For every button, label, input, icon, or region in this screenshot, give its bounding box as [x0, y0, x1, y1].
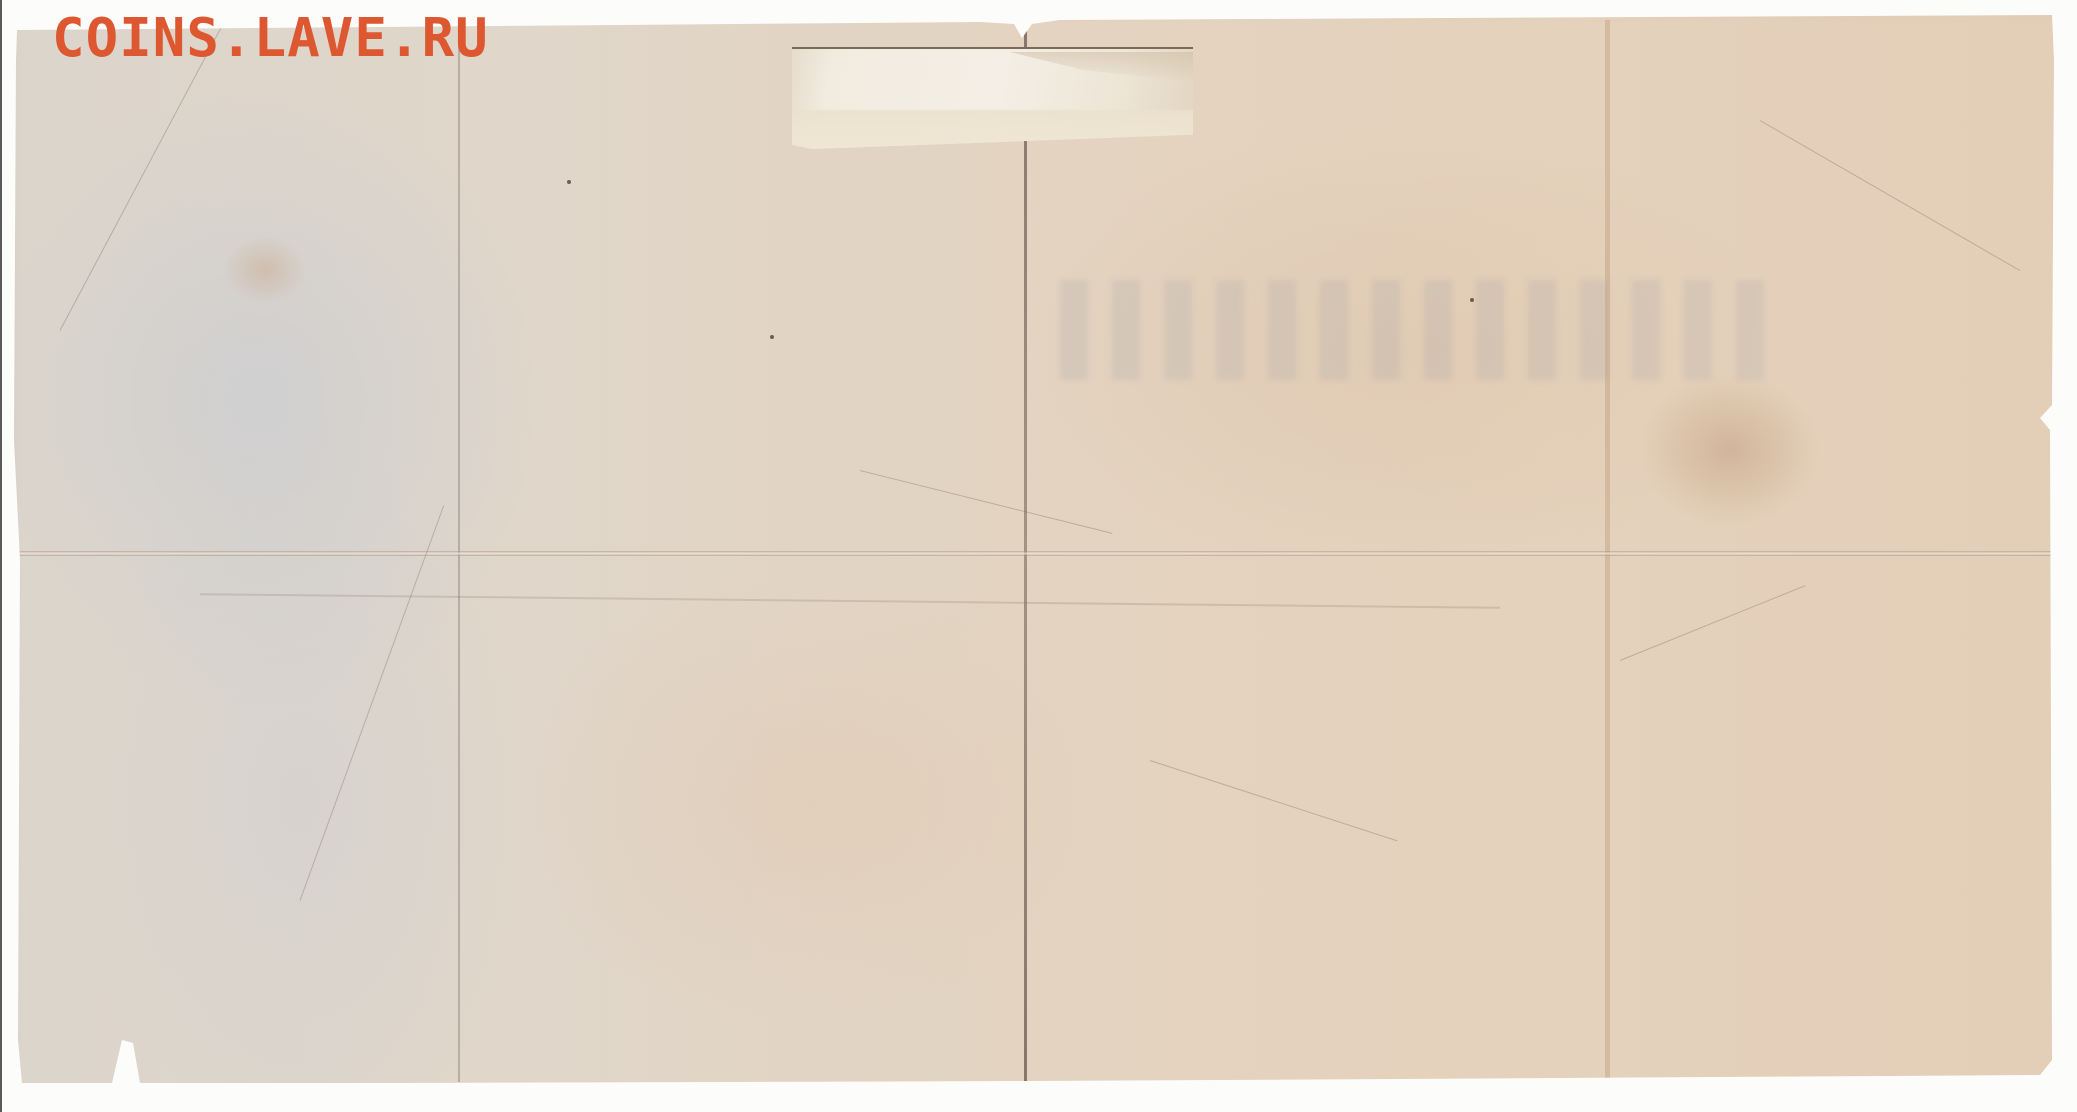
scanner-border-line	[0, 0, 2, 1112]
show-through-lettering	[1060, 280, 1770, 380]
ink-speck	[1470, 298, 1474, 302]
site-watermark: COINS.LAVE.RU	[52, 10, 489, 67]
horizontal-fold	[17, 551, 2052, 556]
ink-speck	[1060, 1085, 1064, 1089]
scan-canvas: COINS.LAVE.RU	[0, 0, 2077, 1112]
worn-edge-shading	[0, 0, 2077, 1112]
ink-speck	[770, 335, 774, 339]
banknote-reverse	[0, 0, 2077, 1112]
ink-speck	[567, 180, 571, 184]
